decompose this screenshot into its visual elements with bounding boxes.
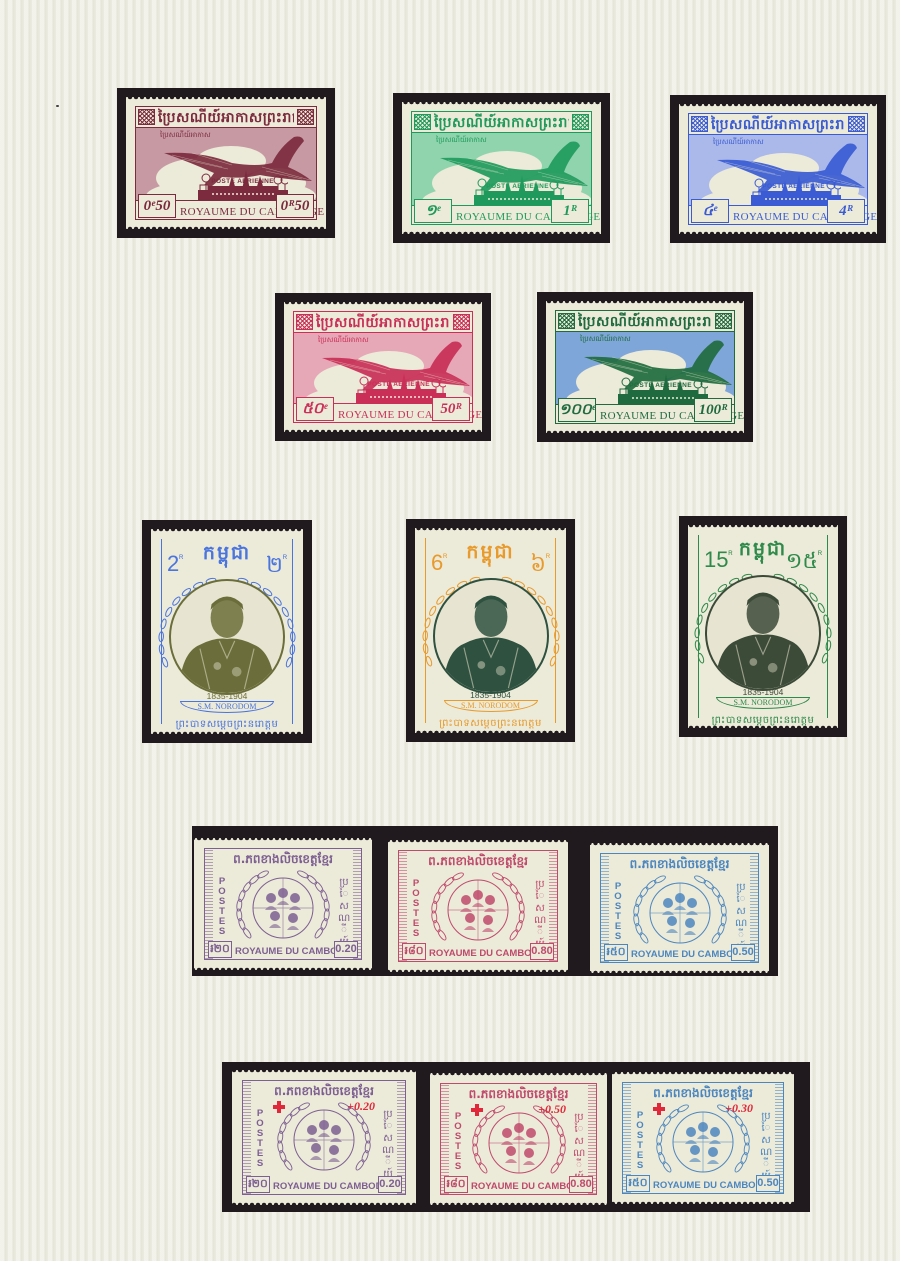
stamp-frame: ប្រៃសណីយ៍អាកាសព្រះរាជាណាចក្រកម្ពុជាប្រៃស… <box>555 310 735 424</box>
country-label: ROYAUME DU CAMBODGE <box>235 946 331 957</box>
poste-aerienne-label: POSTE AERIENNE <box>367 381 430 388</box>
dates-label: 1835-1904 <box>426 690 555 700</box>
value-right: 0ᴿ50 <box>276 194 314 218</box>
norodom-stamp[interactable]: កម្ពុជា2ᴿ២ᴿ1835-1904S.M. NORODOMព្រះបាទស… <box>151 529 303 734</box>
credit-left: L. BIRN <box>705 746 721 751</box>
side-label-khmer: ប្រៃសណីយ៍ <box>760 1111 772 1183</box>
side-label-khmer: ប្រៃសណីយ៍ <box>382 1109 394 1181</box>
value-right: 0.80 <box>530 943 554 960</box>
stamp-frame: ប្រៃសណីយ៍អាកាសព្រះរាជាណាចក្រកម្ពុជាប្រៃស… <box>688 113 868 225</box>
value-left-unit: ᴿ <box>443 552 447 562</box>
credit-right: C. HAZEL... <box>262 750 286 755</box>
country-label: ROYAUME DU CAMBODGE <box>273 1181 375 1192</box>
stamp-paper: ព.ភព​ខាងលិចខេត្ត​ខ្មែរPOSTESប្រៃសណីយ៍ RO… <box>232 1070 416 1205</box>
value-right: 4ᴿ <box>827 199 865 223</box>
poste-aerienne-label: POSTE AERIENNE <box>762 183 825 190</box>
stamp-title-khmer: ប្រៃសណីយ៍អាកាសព្រះរាជាណាចក្រកម្ពុជា <box>316 313 450 334</box>
country-label: ROYAUME DU CAMBODGE <box>456 211 547 223</box>
value-left: 15ᴿ <box>704 547 733 573</box>
value-right: ៦ᴿ <box>530 550 550 582</box>
postes-label: POSTES <box>634 1111 646 1171</box>
value-right-unit: ᴿ <box>283 553 287 563</box>
stamp-paper: កម្ពុជា15ᴿ១៥ᴿ1835-1904S.M. NORODOMព្រះបា… <box>688 525 838 728</box>
children-globe-emblem-icon <box>632 871 728 959</box>
stamp-paper: ប្រៃសណីយ៍អាកាសព្រះរាជាណាចក្រកម្ពុជាប្រៃស… <box>126 97 326 229</box>
stamp-paper: ព.ភព​ខាងលិចខេត្ត​ខ្មែរPOSTESប្រៃសណីយ៍ RO… <box>590 843 769 973</box>
red-cross-icon <box>273 1101 285 1113</box>
value-right: 0.50 <box>731 944 755 961</box>
country-label: ROYAUME DU CAMBODGE <box>471 1181 566 1192</box>
postes-label: POSTES <box>410 879 422 939</box>
red-cross-stamp[interactable]: ព.ភព​ខាងលិចខេត្ត​ខ្មែរPOSTESប្រៃសណីយ៍ RO… <box>430 1073 607 1205</box>
caption-khmer: ព្រះបាទសម្តេចព្រះនរោត្តម <box>426 716 555 731</box>
surcharge-label: +0.30 <box>725 1101 753 1116</box>
value-right: 0.50 <box>756 1175 780 1192</box>
value-left-number: 2 <box>167 551 179 576</box>
value-right: 0.80 <box>569 1176 593 1193</box>
value-right-unit: ᴿ <box>818 549 822 559</box>
title-band: ប្រៃសណីយ៍អាកាសព្រះរាជាណាចក្រកម្ពុជា <box>294 312 472 333</box>
caption-khmer: ព្រះបាទសម្តេចព្រះនរោត្តម <box>699 713 827 728</box>
ornament-icon <box>558 313 575 329</box>
engraver-credits: L. BIRNC. HAZEL... <box>432 747 549 754</box>
ornament-icon <box>414 114 431 130</box>
postes-label: POSTES <box>612 882 624 942</box>
stamp-paper: ប្រៃសណីយ៍អាកាសព្រះរាជាណាចក្រកម្ពុជាប្រៃស… <box>284 302 482 432</box>
norodom-stamp[interactable]: កម្ពុជា15ᴿ១៥ᴿ1835-1904S.M. NORODOMព្រះបា… <box>688 525 838 728</box>
red-cross-stamp[interactable]: ព.ភព​ខាងលិចខេត្ត​ខ្មែរPOSTESប្រៃសណីយ៍ RO… <box>612 1072 794 1204</box>
postes-label: POSTES <box>216 877 228 937</box>
stamp-title-khmer: ប្រៃសណីយ៍អាកាសព្រះរាជាណាចក្រកម្ពុជា <box>434 113 569 134</box>
name-ribbon: S.M. NORODOM <box>716 697 810 709</box>
stamp-frame: ប្រៃសណីយ៍អាកាសព្រះរាជាណាចក្រកម្ពុជាប្រៃស… <box>135 106 317 220</box>
poste-aerienne-label: POSTE AERIENNE <box>211 178 274 185</box>
stamp-paper: កម្ពុជា6ᴿ៦ᴿ1835-1904S.M. NORODOMព្រះបាទស… <box>415 528 566 733</box>
king-portrait <box>169 579 285 695</box>
country-label: ROYAUME DU CAMBODGE <box>180 206 272 218</box>
stamp-frame: ព.ភព​ខាងលិចខេត្ត​ខ្មែរPOSTESប្រៃសណីយ៍ RO… <box>440 1083 597 1195</box>
value-left: ៛៨០ <box>444 1176 468 1193</box>
red-cross-icon <box>471 1104 483 1116</box>
ornament-icon <box>691 116 708 132</box>
ornament-icon <box>848 116 865 132</box>
value-left-unit: ᴿ <box>728 549 732 559</box>
poste-aerienne-label: POSTE AERIENNE <box>486 183 549 190</box>
red-cross-stamp[interactable]: ព.ភព​ខាងលិចខេត្ត​ខ្មែរPOSTESប្រៃសណីយ៍ RO… <box>232 1070 416 1205</box>
value-left: 2ᴿ <box>167 551 183 577</box>
king-portrait <box>705 575 821 691</box>
value-left: ១០០ᵉ <box>558 398 596 422</box>
postes-label: POSTES <box>254 1109 266 1169</box>
stamp-paper: កម្ពុជា2ᴿ២ᴿ1835-1904S.M. NORODOMព្រះបាទស… <box>151 529 303 734</box>
surcharge-label: +0.20 <box>347 1099 375 1114</box>
value-left: ៛២០ <box>208 941 232 958</box>
value-right-number: ២ <box>266 552 283 577</box>
postes-label: POSTES <box>452 1112 464 1172</box>
ornament-icon <box>572 114 589 130</box>
value-right: 50ᴿ <box>432 397 470 421</box>
value-right: ១៥ᴿ <box>786 547 822 579</box>
stamp-paper: ព.ភព​ខាងលិចខេត្ត​ខ្មែរPOSTESប្រៃសណីយ៍ RO… <box>194 838 372 970</box>
value-left-unit: ᴿ <box>179 553 183 563</box>
unicef-stamp[interactable]: ព.ភព​ខាងលិចខេត្ត​ខ្មែរPOSTESប្រៃសណីយ៍ RO… <box>194 838 372 970</box>
country-label: ROYAUME DU CAMBODGE <box>600 410 690 422</box>
stamp-frame: ព.ភព​ខាងលិចខេត្ត​ខ្មែរPOSTESប្រៃសណីយ៍ RO… <box>622 1082 784 1194</box>
stamp-frame: ព.ភព​ខាងលិចខេត្ត​ខ្មែរPOSTESប្រៃសណីយ៍ RO… <box>242 1080 406 1195</box>
title-band: ប្រៃសណីយ៍អាកាសព្រះរាជាណាចក្រកម្ពុជា <box>689 114 867 135</box>
value-left: ៛២០ <box>246 1176 270 1193</box>
stamp-paper: ប្រៃសណីយ៍អាកាសព្រះរាជាណាចក្រកម្ពុជាប្រៃស… <box>402 102 601 234</box>
value-right: 100ᴿ <box>694 398 732 422</box>
stamp-paper: ព.ភព​ខាងលិចខេត្ត​ខ្មែរPOSTESប្រៃសណីយ៍ RO… <box>430 1073 607 1205</box>
stamp-paper: ប្រៃសណីយ៍អាកាសព្រះរាជាណាចក្រកម្ពុជាប្រៃស… <box>546 301 744 433</box>
airmail-stamp[interactable]: ប្រៃសណីយ៍អាកាសព្រះរាជាណាចក្រកម្ពុជាប្រៃស… <box>284 302 482 432</box>
children-globe-emblem-icon <box>430 868 526 956</box>
stamp-title-khmer: ប្រៃសណីយ៍អាកាសព្រះរាជាណាចក្រកម្ពុជា <box>158 108 294 129</box>
stamp-frame: ប្រៃសណីយ៍អាកាសព្រះរាជាណាចក្រកម្ពុជាប្រៃស… <box>293 311 473 423</box>
paper-speck <box>56 105 59 107</box>
value-right-number: ៦ <box>530 551 546 576</box>
country-label: ROYAUME DU CAMBODGE <box>733 211 823 223</box>
name-ribbon: S.M. NORODOM <box>180 701 274 713</box>
airmail-stamp[interactable]: ប្រៃសណីយ៍អាកាសព្រះរាជាណាចក្រកម្ពុជាប្រៃស… <box>679 104 877 234</box>
value-left-number: 15 <box>704 547 728 572</box>
name-ribbon: S.M. NORODOM <box>444 700 538 712</box>
credit-right: C. HAZEL... <box>797 746 821 751</box>
title-band: ប្រៃសណីយ៍អាកាសព្រះរាជាណាចក្រកម្ពុជា <box>136 107 316 128</box>
value-left-number: 6 <box>431 550 443 575</box>
red-cross-icon <box>653 1103 665 1115</box>
value-left: ៥០ᵉ <box>296 397 334 421</box>
stamp-title-khmer: ប្រៃសណីយ៍អាកាសព្រះរាជាណាចក្រកម្ពុជា <box>711 115 845 136</box>
unicef-stamp[interactable]: ព.ភព​ខាងលិចខេត្ត​ខ្មែរPOSTESប្រៃសណីយ៍ RO… <box>590 843 769 973</box>
stamp-paper: ព.ភព​ខាងលិចខេត្ត​ខ្មែរPOSTESប្រៃសណីយ៍ RO… <box>612 1072 794 1204</box>
engraver-credits: L. BIRNC. HAZEL... <box>705 744 821 751</box>
dates-label: 1835-1904 <box>699 687 827 697</box>
country-label: ROYAUME DU CAMBODGE <box>631 949 728 960</box>
stamp-frame: ព.ភព​ខាងលិចខេត្ត​ខ្មែរPOSTESប្រៃសណីយ៍ RO… <box>204 848 362 960</box>
ornament-icon <box>453 314 470 330</box>
stamp-frame: កម្ពុជា2ᴿ២ᴿ1835-1904S.M. NORODOMព្រះបាទស… <box>161 539 293 724</box>
airmail-stamp[interactable]: ប្រៃសណីយ៍អាកាសព្រះរាជាណាចក្រកម្ពុជាប្រៃស… <box>402 102 601 234</box>
value-left: 0ᵉ50 <box>138 194 176 218</box>
title-band: ប្រៃសណីយ៍អាកាសព្រះរាជាណាចក្រកម្ពុជា <box>412 112 591 133</box>
credit-right: C. HAZEL... <box>525 749 549 754</box>
dates-label: 1835-1904 <box>162 691 292 701</box>
unicef-stamp[interactable]: ព.ភព​ខាងលិចខេត្ត​ខ្មែរPOSTESប្រៃសណីយ៍ RO… <box>388 840 568 972</box>
side-label-khmer: ប្រៃសណីយ៍ <box>534 879 546 951</box>
value-right: ២ᴿ <box>266 551 287 583</box>
side-label-khmer: ប្រៃសណីយ៍ <box>338 877 350 949</box>
credit-left: L. BIRN <box>432 749 448 754</box>
stamp-frame: កម្ពុជា15ᴿ១៥ᴿ1835-1904S.M. NORODOMព្រះបា… <box>698 535 828 718</box>
stamp-frame: កម្ពុជា6ᴿ៦ᴿ1835-1904S.M. NORODOMព្រះបាទស… <box>425 538 556 723</box>
stamp-frame: ប្រៃសណីយ៍អាកាសព្រះរាជាណាចក្រកម្ពុជាប្រៃស… <box>411 111 592 225</box>
king-portrait <box>433 578 549 694</box>
airmail-stamp[interactable]: ប្រៃសណីយ៍អាកាសព្រះរាជាណាចក្រកម្ពុជាប្រៃស… <box>546 301 744 433</box>
ornament-icon <box>715 313 732 329</box>
engraver-credits: L. BIRNC. HAZEL... <box>168 748 286 755</box>
norodom-stamp[interactable]: កម្ពុជា6ᴿ៦ᴿ1835-1904S.M. NORODOMព្រះបាទស… <box>415 528 566 733</box>
value-left: ៤ᵉ <box>691 199 729 223</box>
surcharge-label: +0.50 <box>538 1102 566 1117</box>
stamp-frame: ព.ភព​ខាងលិចខេត្ត​ខ្មែរPOSTESប្រៃសណីយ៍ RO… <box>600 853 759 963</box>
value-right-unit: ᴿ <box>546 552 550 562</box>
credit-left: L. BIRN <box>168 750 184 755</box>
country-label: ROYAUME DU CAMBODGE <box>338 409 428 421</box>
title-band: ប្រៃសណីយ៍អាកាសព្រះរាជាណាចក្រកម្ពុជា <box>556 311 734 332</box>
value-right: 0.20 <box>378 1176 402 1193</box>
value-right-number: ១៥ <box>786 548 818 573</box>
stamp-paper: ប្រៃសណីយ៍អាកាសព្រះរាជាណាចក្រកម្ពុជាប្រៃស… <box>679 104 877 234</box>
ornament-icon <box>296 314 313 330</box>
value-left: ៛៥០ <box>626 1175 650 1192</box>
value-right: 1ᴿ <box>551 199 589 223</box>
value-left: ៛៥០ <box>604 944 628 961</box>
poste-aerienne-label: POSTE AERIENNE <box>629 382 692 389</box>
caption-khmer: ព្រះបាទសម្តេចព្រះនរោត្តម <box>162 717 292 732</box>
ornament-icon <box>297 109 314 125</box>
value-left: ១ᵉ <box>414 199 452 223</box>
value-left: 6ᴿ <box>431 550 447 576</box>
stamp-paper: ព.ភព​ខាងលិចខេត្ត​ខ្មែរPOSTESប្រៃសណីយ៍ RO… <box>388 840 568 972</box>
ornament-icon <box>138 109 155 125</box>
stamp-title-khmer: ប្រៃសណីយ៍អាកាសព្រះរាជាណាចក្រកម្ពុជា <box>578 312 712 333</box>
country-label: ROYAUME DU CAMBODGE <box>653 1180 753 1191</box>
value-left: ៛៨០ <box>402 943 426 960</box>
children-globe-emblem-icon <box>235 866 331 954</box>
country-label: ROYAUME DU CAMBODGE <box>429 948 527 959</box>
value-right: 0.20 <box>334 941 358 958</box>
stamp-frame: ព.ភព​ខាងលិចខេត្ត​ខ្មែរPOSTESប្រៃសណីយ៍ RO… <box>398 850 558 962</box>
airmail-stamp[interactable]: ប្រៃសណីយ៍អាកាសព្រះរាជាណាចក្រកម្ពុជាប្រៃស… <box>126 97 326 229</box>
side-label-khmer: ប្រៃសណីយ៍ <box>573 1112 585 1184</box>
